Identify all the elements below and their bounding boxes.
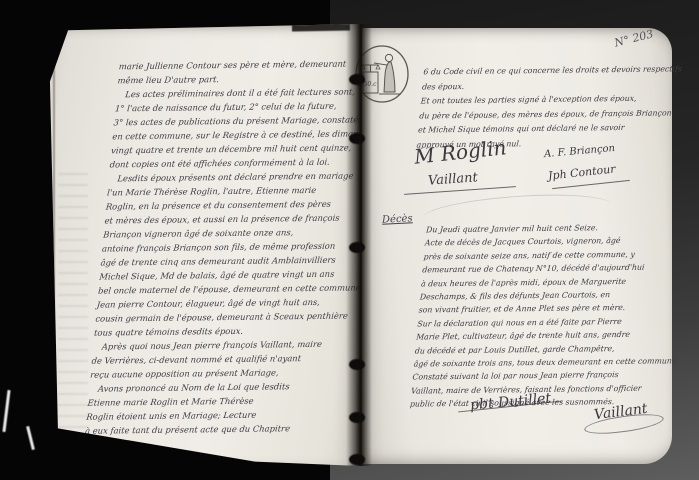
repair-mark <box>292 23 350 31</box>
signature-contour: Jph Contour <box>548 163 617 183</box>
left-page: marie Jullienne Contour ses père et mère… <box>42 24 360 466</box>
signature-vaillant-marriage: Vaillant <box>428 170 479 188</box>
binding-stitching <box>346 24 372 466</box>
cloth-highlight <box>26 426 35 450</box>
stitch-knot <box>349 242 365 253</box>
marriage-closing-text: 6 du Code civil en ce qui concerne les d… <box>416 62 664 152</box>
manuscript-line: Lesdits époux présents ont déclaré prend… <box>117 168 357 185</box>
death-act-text: Du Jeudi quatre Janvier mil huit cent Se… <box>409 220 666 411</box>
manuscript-line: à eux faite tant du présent acte que du … <box>84 421 333 438</box>
photo-background: marie Jullienne Contour ses père et mère… <box>0 0 699 480</box>
page-number: N° 203 <box>613 27 655 49</box>
cloth-highlight <box>2 390 10 432</box>
stitch-knot <box>349 74 365 85</box>
bleed-through-text <box>58 164 88 454</box>
stitch-knot <box>349 359 365 370</box>
stitch-knot <box>349 412 365 423</box>
right-page: 50.c N° 203 6 du Code civil en ce qui co… <box>362 28 672 464</box>
stitch-knot <box>349 133 365 144</box>
manuscript-line: Après quoi nous Jean pierre françois Vai… <box>101 337 341 354</box>
signature-flourish <box>552 180 630 189</box>
signature-flourish <box>404 186 516 195</box>
stitch-knot <box>349 454 365 465</box>
page-stack-edge <box>53 30 55 450</box>
manuscript-line: 6 du Code civil en ce qui concerne les d… <box>423 62 664 79</box>
manuscript-line: et Michel Sique témoins qui ont déclaré … <box>417 121 658 138</box>
marriage-act-text: marie Jullienne Contour ses père et mère… <box>84 56 367 437</box>
margin-label-deces: Décès <box>382 213 413 226</box>
